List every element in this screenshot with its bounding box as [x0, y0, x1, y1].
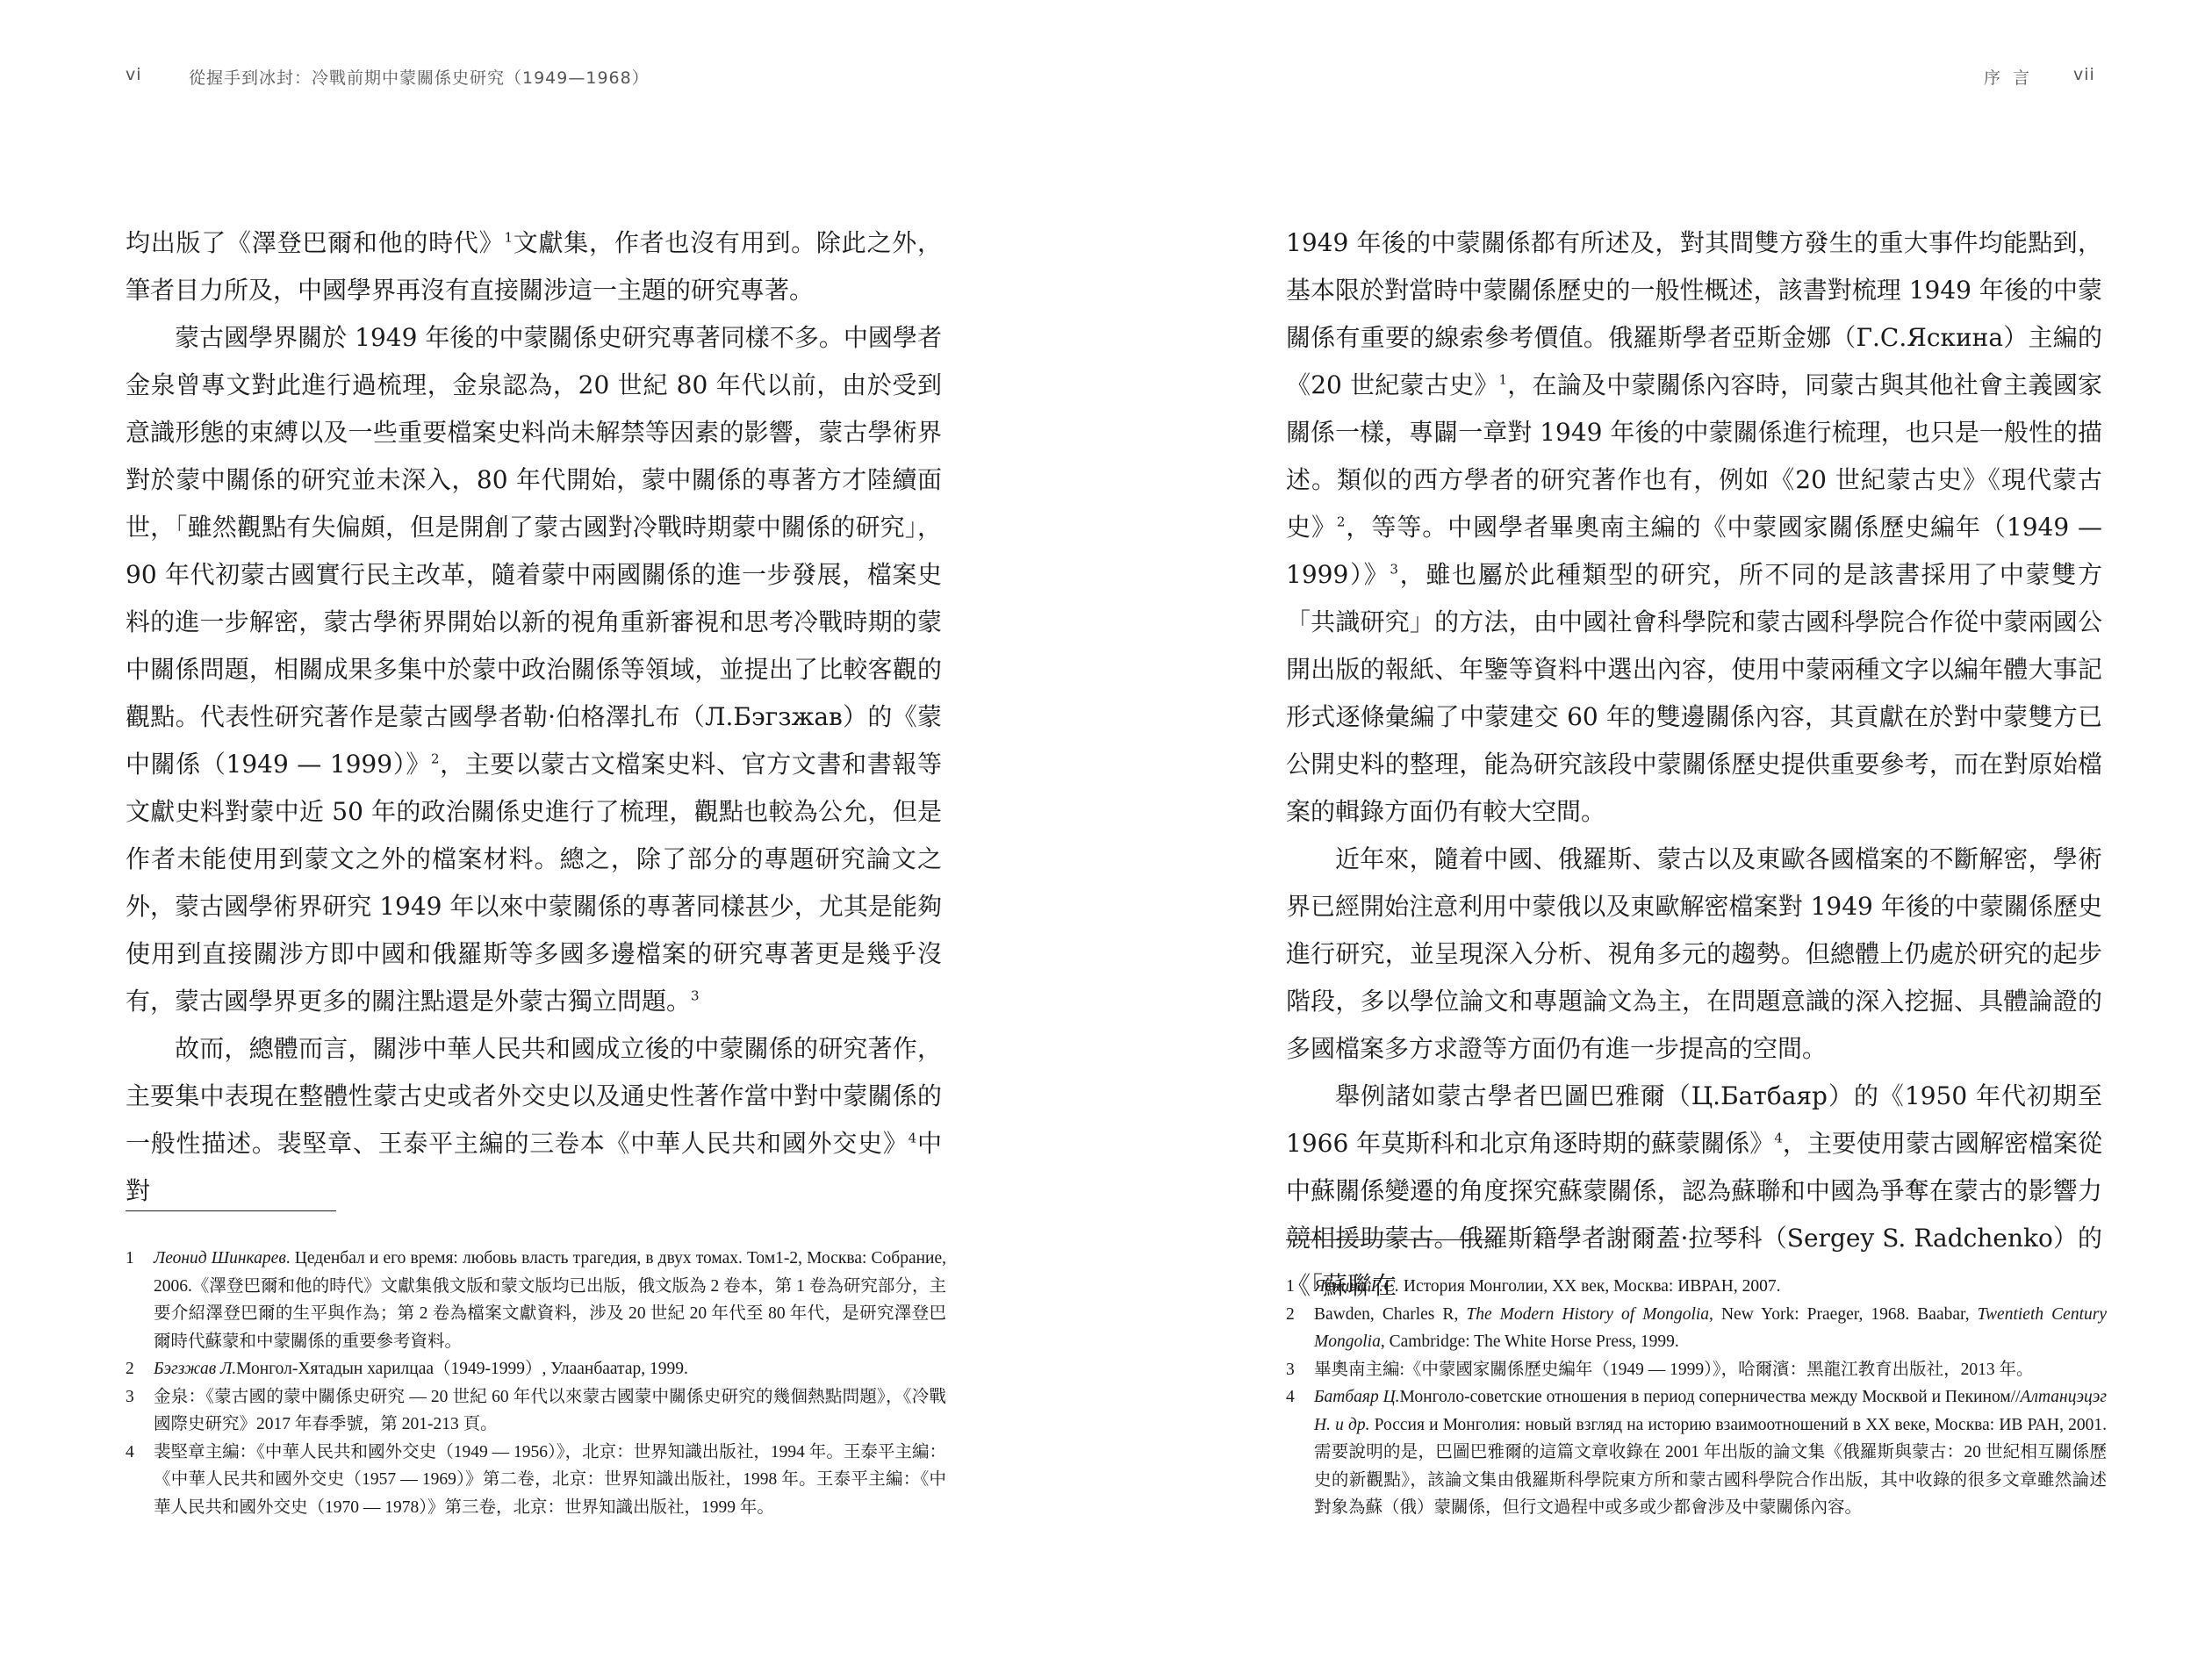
paragraph: 均出版了《澤登巴爾和他的時代》1文獻集，作者也沒有用到。除此之外，筆者目力所及，… [126, 219, 942, 314]
running-head-book-title: 從握手到冰封：冷戰前期中蒙關係史研究（1949—1968） [189, 65, 650, 89]
footnote-number: 4 [1286, 1383, 1295, 1411]
body-text: 均出版了《澤登巴爾和他的時代》1文獻集，作者也沒有用到。除此之外，筆者目力所及，… [126, 219, 942, 1215]
footnote: 2 Bawden, Charles R, The Modern History … [1286, 1301, 2107, 1356]
footnote-number: 4 [126, 1439, 134, 1467]
footnote: 4 Батбаяр Ц.Монголо-советские отношения … [1286, 1383, 2107, 1522]
running-head-chapter-title: 序言 [1984, 65, 2042, 89]
paragraph: 近年來，隨着中國、俄羅斯、蒙古以及東歐各國檔案的不斷解密，學術界已經開始注意利用… [1286, 836, 2102, 1073]
footnote: 3 畢奧南主編:《中蒙國家關係歷史編年（1949 — 1999）》，哈爾濱：黑龍… [1286, 1356, 2107, 1384]
body-text: 1949 年後的中蒙關係都有所述及，對其間雙方發生的重大事件均能點到，基本限於對… [1286, 219, 2102, 1310]
paragraph: 蒙古國學界關於 1949 年後的中蒙關係史研究專著同樣不多。中國學者金泉曾專文對… [126, 314, 942, 1025]
footnote-divider [1286, 1239, 1497, 1240]
footnotes: 1 Леонид Шинкарев. Цеденбал и его время:… [126, 1245, 946, 1521]
footnote: 4 裴堅章主編：《中華人民共和國外交史（1949 — 1956）》，北京：世界知… [126, 1439, 946, 1522]
right-page: 序言 vii 1949 年後的中蒙關係都有所述及，對其間雙方發生的重大事件均能點… [1106, 0, 2212, 1659]
footnote-ref[interactable]: 2 [1337, 514, 1346, 530]
footnotes: 1 Яскина Г.С. История Монголии, XX век, … [1286, 1273, 2107, 1522]
footnote-number: 1 [126, 1245, 134, 1273]
footnote-ref[interactable]: 1 [504, 230, 513, 246]
footnote-number: 3 [1286, 1356, 1295, 1384]
footnote-number: 1 [1286, 1273, 1295, 1301]
paragraph: 故而，總體而言，關涉中華人民共和國成立後的中蒙關係的研究著作，主要集中表現在整體… [126, 1025, 942, 1215]
footnote-ref[interactable]: 3 [1390, 562, 1398, 578]
footnote-ref[interactable]: 1 [1499, 372, 1508, 388]
footnote-ref[interactable]: 3 [691, 988, 700, 1004]
footnote: 3 金泉：《蒙古國的蒙中關係史研究 — 20 世紀 60 年代以來蒙古國蒙中關係… [126, 1383, 946, 1439]
paragraph: 1949 年後的中蒙關係都有所述及，對其間雙方發生的重大事件均能點到，基本限於對… [1286, 219, 2102, 836]
footnote-number: 3 [126, 1383, 134, 1411]
footnote: 2 Бэгзжав Л.Монгол-Хятадын харилцаа（1949… [126, 1355, 946, 1383]
page-number: vi [126, 65, 142, 84]
footnote: 1 Леонид Шинкарев. Цеденбал и его время:… [126, 1245, 946, 1355]
footnote-ref[interactable]: 4 [1774, 1131, 1783, 1146]
left-page: vi 從握手到冰封：冷戰前期中蒙關係史研究（1949—1968） 均出版了《澤登… [0, 0, 1106, 1659]
footnote-number: 2 [126, 1355, 134, 1383]
page-number: vii [2073, 65, 2095, 84]
footnote-divider [126, 1210, 336, 1211]
footnote-number: 2 [1286, 1301, 1295, 1329]
footnote-ref[interactable]: 4 [908, 1131, 917, 1146]
footnote: 1 Яскина Г.С. История Монголии, XX век, … [1286, 1273, 2107, 1301]
